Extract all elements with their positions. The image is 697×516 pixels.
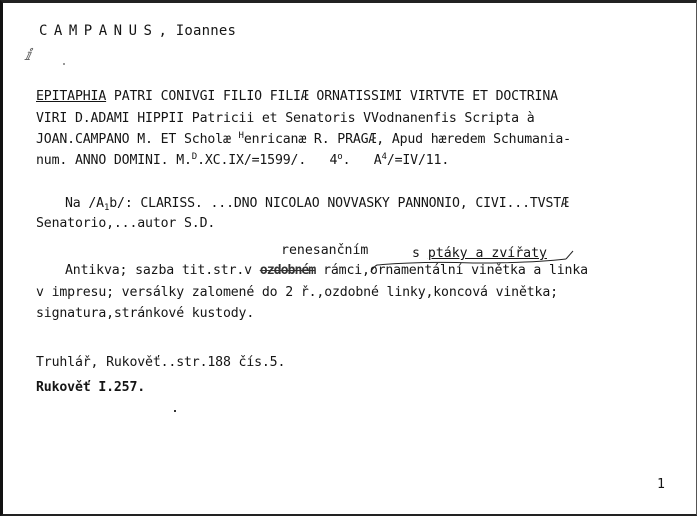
title-line-2: VIRI D.ADAMI HIPPII Patricii et Senatori… — [36, 111, 535, 127]
author-surname: CAMPANUS — [39, 23, 158, 39]
dedication-line-2: Senatorio,...autor S.D. — [36, 216, 215, 232]
struck-out-word: ozdobném — [260, 263, 316, 278]
title-line-3: JOAN.CAMPANO M. ET Scholæ Henricanæ R. P… — [36, 132, 571, 148]
speck — [174, 410, 176, 412]
reference-line-1: Truhlář, Rukověť..str.188 čís.5. — [36, 355, 285, 371]
title-line-1: EPITAPHIA PATRI CONIVGI FILIO FILIÆ ORNA… — [36, 89, 558, 105]
description-line-2: v impresu; versálky zalomené do 2 ř.,ozd… — [36, 285, 558, 301]
reference-line-2: Rukověť I.257. — [36, 380, 145, 396]
title-line-4: num. ANNO DOMINI. M.D.XC.IX/=1599/. 4o. … — [36, 153, 449, 169]
description-line-3: signatura,stránkové kustody. — [36, 306, 254, 322]
author-given-name: Ioannes — [176, 23, 236, 39]
catalog-card: CAMPANUS, Ioannes ⅈ EPITAPHIA PATRI CONI… — [0, 0, 697, 516]
title-underlined-word: EPITAPHIA — [36, 89, 106, 104]
dedication-line-1: Na /A1b/: CLARISS. ...DNO NICOLAO NOVVAS… — [65, 196, 569, 212]
heading-separator: , — [158, 23, 167, 39]
description-line-1: Antikva; sazba tit.str.v ozdobném rámci,… — [65, 263, 588, 279]
card-number: 1 — [657, 477, 665, 493]
speck — [63, 63, 65, 65]
card-heading: CAMPANUS, Ioannes — [39, 23, 236, 39]
inserted-text-renesancnim: renesančním — [281, 243, 368, 259]
handwritten-margin-mark: ⅈ — [25, 45, 31, 64]
